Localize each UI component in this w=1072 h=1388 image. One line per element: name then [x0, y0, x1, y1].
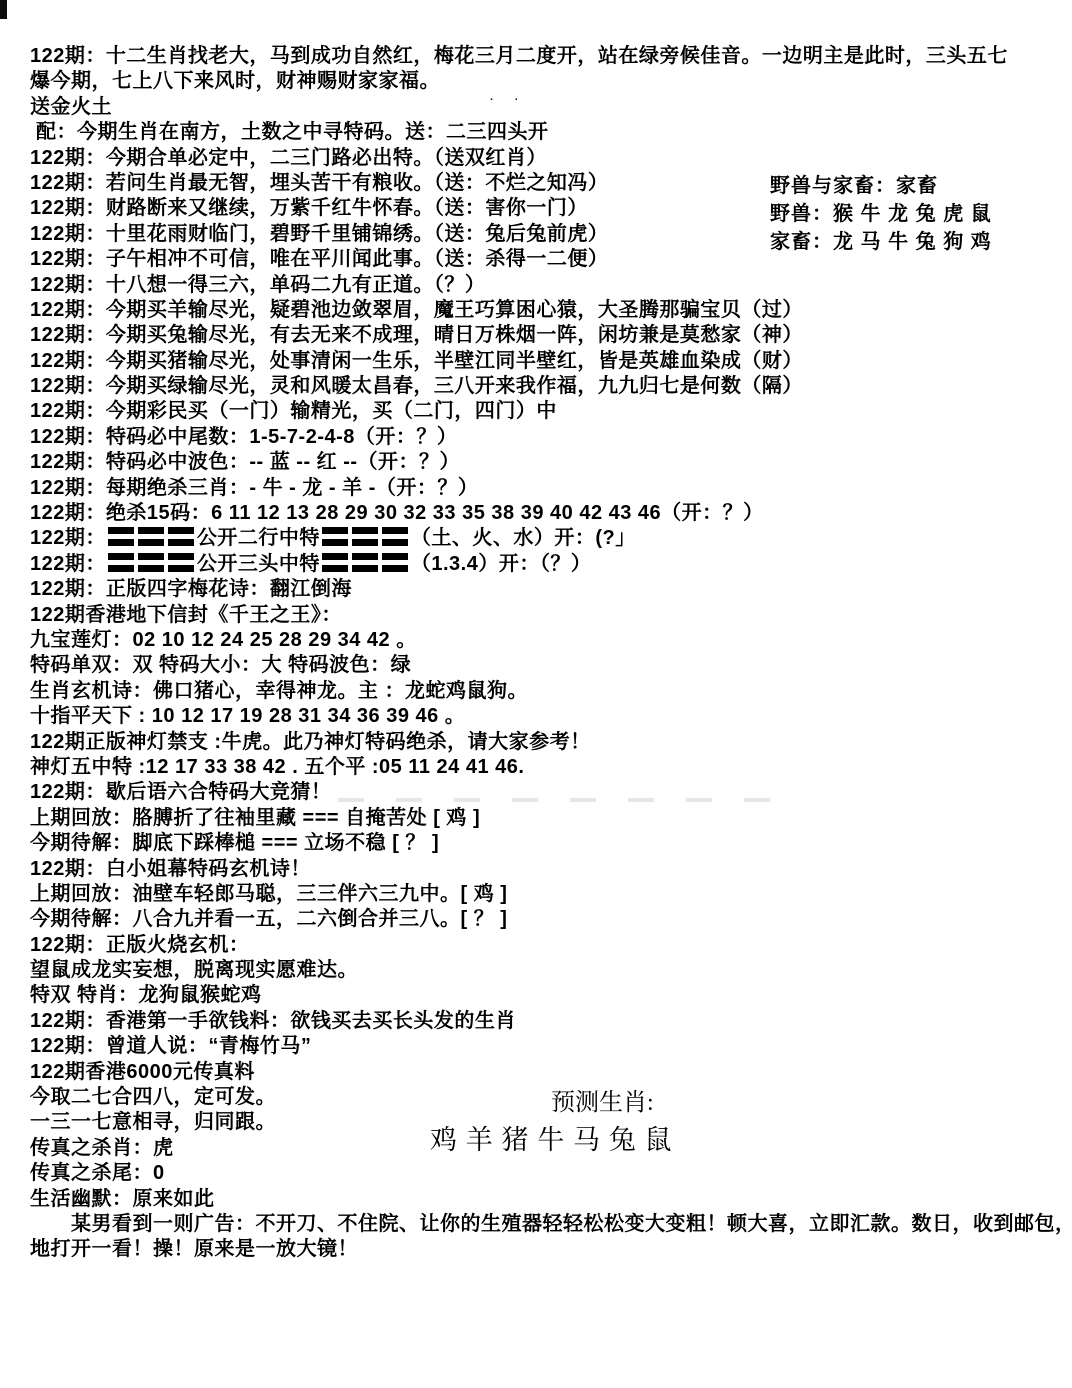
- text-line: 十指平天下 : 10 12 17 19 28 31 34 36 39 46 。: [30, 704, 1050, 729]
- text-line: 某男看到一则广告：不开刀、不住院、让你的生殖器轻轻松松变大变粗！顿大喜，立即汇款…: [30, 1212, 1050, 1237]
- right-column-line: 野兽：猴 牛 龙 兔 虎 鼠: [770, 200, 992, 228]
- text-line: 122期正版神灯禁支 :牛虎。此乃神灯特码绝杀，请大家参考！: [30, 730, 1050, 755]
- text-line: 配：今期生肖在南方，土数之中寻特码。送：二三四头开: [30, 120, 1050, 145]
- bar-segment-icon: [108, 553, 134, 572]
- bar-segment-icon: [168, 527, 194, 546]
- bar-segment-icon: [322, 527, 348, 546]
- text-line: 爆今期，七上八下来风时，财神赐财家家福。: [30, 69, 1050, 94]
- black-bars-icon: [108, 527, 195, 553]
- text-line: 上期回放：胳膊折了往袖里藏 === 自掩苦处 [ 鸡 ]: [30, 806, 1050, 831]
- scan-corner-mark: [0, 0, 7, 19]
- text-line: 地打开一看！操！原来是一放大镜！: [30, 1237, 1050, 1262]
- text-line: 特双 特肖：龙狗鼠猴蛇鸡: [30, 983, 1050, 1008]
- text-line: 122期：每期绝杀三肖：- 牛 - 龙 - 羊 -（开：？）: [30, 476, 1050, 501]
- text-segment: 122期：: [30, 527, 106, 549]
- text-line: 122期：今期彩民买（一门）输精光，买（二门，四门）中: [30, 399, 1050, 424]
- text-line: 122期：公开三头中特（1.3.4）开：（？）: [30, 552, 1050, 577]
- text-line: 122期：特码必中波色：-- 蓝 -- 红 --（开：？）: [30, 450, 1050, 475]
- text-line: 122期：白小姐幕特码玄机诗！: [30, 857, 1050, 882]
- black-bars-icon: [322, 527, 409, 553]
- text-line: 122期：正版火烧玄机：: [30, 933, 1050, 958]
- text-line: 传真之杀尾：0: [30, 1161, 1050, 1186]
- text-line: 122期：今期买绿输尽光，灵和风暖太昌春，三八开来我作福，九九归七是何数（隔）: [30, 374, 1050, 399]
- prediction-zodiac-title: 预测生肖:: [551, 1082, 654, 1117]
- text-line: 122期：正版四字梅花诗：翻江倒海: [30, 577, 1050, 602]
- lottery-tip-sheet-page: · · 122期：十二生肖找老大，马到成功自然红，梅花三月二度开，站在绿旁候佳音…: [0, 0, 1072, 1388]
- text-line: 122期：十八想一得三六，单码二九有正道。（？）: [30, 273, 1050, 298]
- bar-segment-icon: [352, 527, 378, 546]
- text-line: 今取二七合四八，定可发。: [30, 1085, 1050, 1110]
- text-line: 122期：特码必中尾数：1-5-7-2-4-8（开：？）: [30, 425, 1050, 450]
- beasts-vs-domestic-panel: 野兽与家畜：家畜野兽：猴 牛 龙 兔 虎 鼠家畜：龙 马 牛 兔 狗 鸡: [770, 172, 992, 256]
- black-bars-icon: [108, 553, 195, 579]
- text-line: 特码单双：双 特码大小：大 特码波色：绿: [30, 653, 1050, 678]
- text-segment: （土、火、水）开：(?」: [411, 527, 636, 549]
- text-line: 九宝莲灯：02 10 12 24 25 28 29 34 42 。: [30, 628, 1050, 653]
- bar-segment-icon: [352, 553, 378, 572]
- bar-segment-icon: [168, 553, 194, 572]
- text-line: 今期待解：脚底下踩棒槌 === 立场不稳 [ ？ ]: [30, 831, 1050, 856]
- text-line: 122期：绝杀15码：6 11 12 13 28 29 30 32 33 35 …: [30, 501, 1050, 526]
- bar-segment-icon: [382, 527, 408, 546]
- text-line: 122期香港地下信封《千王之王》：: [30, 603, 1050, 628]
- text-line: 望鼠成龙实妄想，脱离现实愿难达。: [30, 958, 1050, 983]
- prediction-zodiac-animals: 鸡 羊 猪 牛 马 兔 鼠: [430, 1118, 673, 1157]
- text-line: 生肖玄机诗：佛口猪心，幸得神龙。主 ：龙蛇鸡鼠狗。: [30, 679, 1050, 704]
- bar-segment-icon: [322, 553, 348, 572]
- text-line: 送金火土: [30, 95, 1050, 120]
- text-line: 122期：今期买猪输尽光，处事清闲一生乐，半壁江同半壁红，皆是英雄血染成（财）: [30, 349, 1050, 374]
- right-column-line: 家畜：龙 马 牛 兔 狗 鸡: [770, 228, 992, 256]
- text-line: 122期：十二生肖找老大，马到成功自然红，梅花三月二度开，站在绿旁候佳音。一边明…: [30, 44, 1050, 69]
- text-line: 122期：曾道人说：“青梅竹马”: [30, 1034, 1050, 1059]
- text-segment: 公开三头中特: [197, 553, 320, 575]
- text-line: 生活幽默：原来如此: [30, 1187, 1050, 1212]
- text-line: 122期：今期买兔输尽光，有去无来不成理，晴日万株烟一阵，闲坊兼是莫愁家（神）: [30, 323, 1050, 348]
- text-line: 122期：今期合单必定中，二三门路必出特。（送双红肖）: [30, 146, 1050, 171]
- bar-segment-icon: [108, 527, 134, 546]
- bar-segment-icon: [138, 553, 164, 572]
- text-line: 122期香港6000元传真料: [30, 1060, 1050, 1085]
- text-segment: 公开二行中特: [197, 527, 320, 549]
- right-column-line: 野兽与家畜：家畜: [770, 172, 992, 200]
- print-smudge: [338, 798, 778, 802]
- bar-segment-icon: [382, 553, 408, 572]
- text-line: 今期待解：八合九并看一五，二六倒合并三八。[ ？ ]: [30, 907, 1050, 932]
- text-line: 122期：今期买羊输尽光，疑碧池边敛翠眉，魔王巧算困心猿，大圣腾那骗宝贝（过）: [30, 298, 1050, 323]
- text-segment: 122期：: [30, 553, 106, 575]
- black-bars-icon: [322, 553, 409, 579]
- text-line: 122期：香港第一手欲钱料：欲钱买去买长头发的生肖: [30, 1009, 1050, 1034]
- text-line: 122期：公开二行中特（土、火、水）开：(?」: [30, 526, 1050, 551]
- text-line: 神灯五中特 :12 17 33 38 42 . 五个平 :05 11 24 41…: [30, 755, 1050, 780]
- text-segment: （1.3.4）开：（？）: [411, 553, 591, 575]
- text-line: 上期回放：油壁车轻郎马聪，三三伴六三九中。[ 鸡 ]: [30, 882, 1050, 907]
- bar-segment-icon: [138, 527, 164, 546]
